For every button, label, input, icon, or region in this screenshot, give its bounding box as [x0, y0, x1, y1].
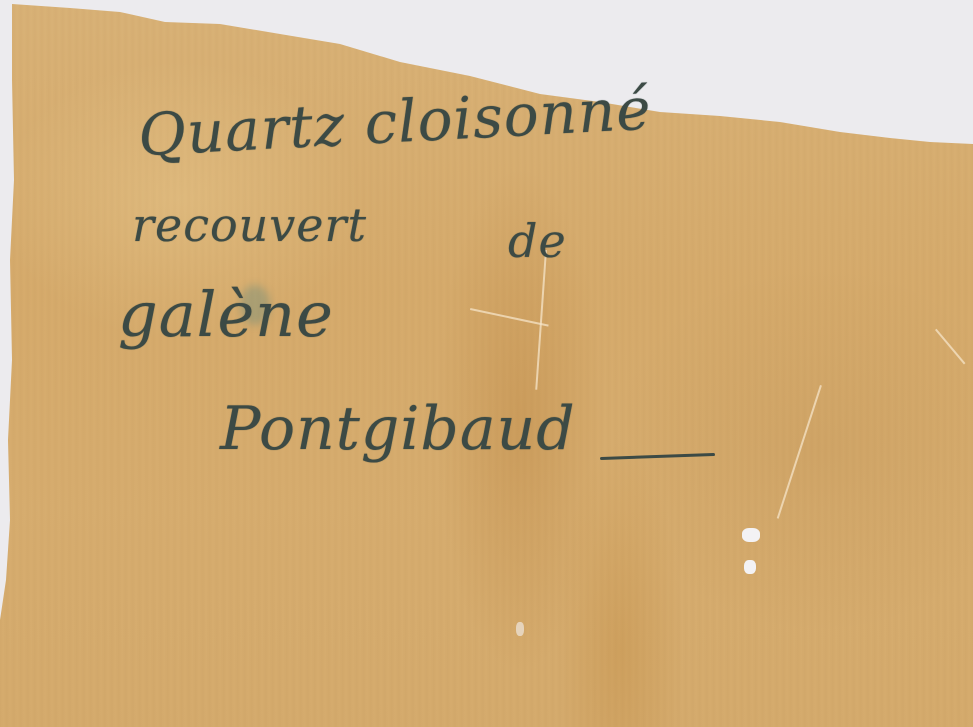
scanned-document: Quartz cloisonné recouvert de galène Pon… — [0, 0, 973, 727]
handwritten-text: Quartz cloisonné recouvert de galène Pon… — [0, 0, 973, 727]
handwritten-line-2b: de — [508, 214, 567, 268]
handwritten-line-1: Quartz cloisonné — [137, 75, 654, 170]
handwritten-line-3: galène — [118, 278, 334, 351]
signature-flourish — [600, 453, 715, 460]
handwritten-signature-locality: Pontgibaud — [220, 394, 576, 464]
handwritten-line-2: recouvert — [132, 198, 367, 252]
